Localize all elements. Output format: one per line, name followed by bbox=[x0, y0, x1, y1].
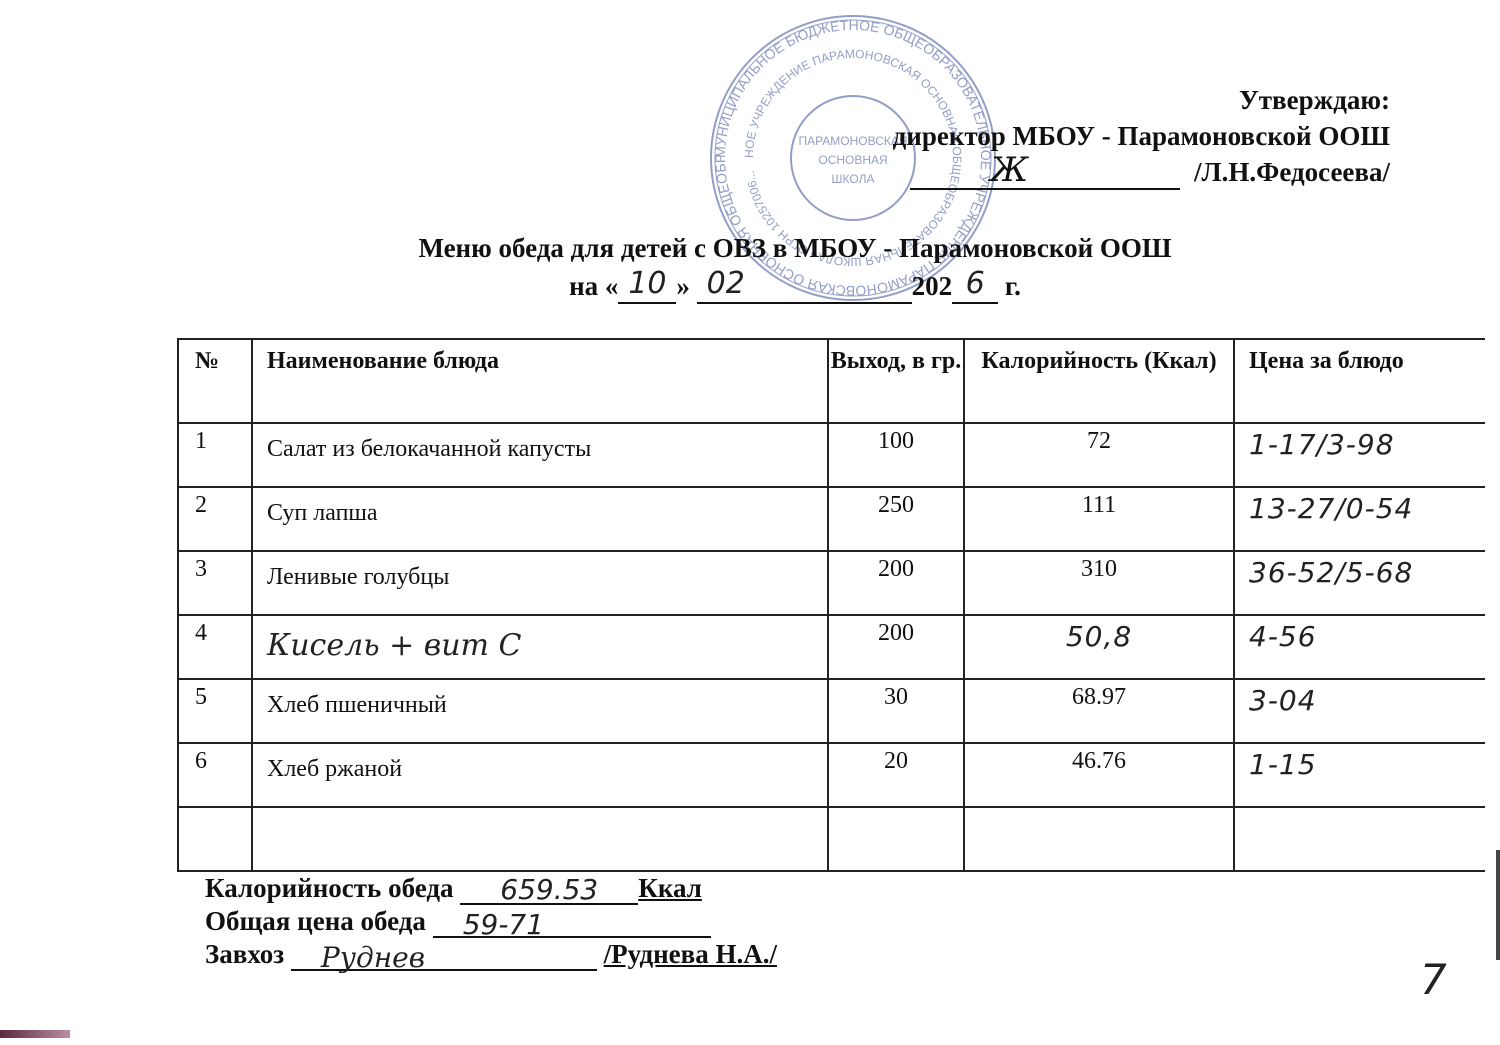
svg-text:ПАРАМОНОВСКАЯ: ПАРАМОНОВСКАЯ bbox=[798, 134, 907, 148]
cell-output: 30 bbox=[828, 679, 964, 743]
date-month-field: 02 bbox=[697, 266, 912, 304]
cell-price: 13-27/0-54 bbox=[1234, 487, 1485, 551]
header-output: Выход, в гр. bbox=[828, 339, 964, 423]
keeper-signature-field: Руднев bbox=[291, 941, 597, 971]
document-title: Меню обеда для детей с ОВЗ в МБОУ - Пара… bbox=[0, 230, 1500, 304]
table-row: 6Хлеб ржаной2046.761-15 bbox=[178, 743, 1485, 807]
cell-name: Хлеб пшеничный bbox=[252, 679, 828, 743]
cell-output: 200 bbox=[828, 551, 964, 615]
cell-num: 2 bbox=[178, 487, 252, 551]
cell-name: Суп лапша bbox=[252, 487, 828, 551]
table-row: 4Кисель + вит С20050,84-56 bbox=[178, 615, 1485, 679]
header-calories: Калорийность (Ккал) bbox=[964, 339, 1234, 423]
date-line: на «10» 022026 г. bbox=[0, 266, 1500, 304]
scan-edge-mark bbox=[0, 1030, 70, 1038]
cell-num: 1 bbox=[178, 423, 252, 487]
price-total-row: Общая цена обеда 59-71 bbox=[205, 905, 777, 938]
cell-output: 20 bbox=[828, 743, 964, 807]
cell-name: Кисель + вит С bbox=[252, 615, 828, 679]
header-price: Цена за блюдо bbox=[1234, 339, 1485, 423]
calories-unit: Ккал bbox=[638, 873, 702, 903]
cell-calories: 111 bbox=[964, 487, 1234, 551]
cell-calories bbox=[964, 807, 1234, 871]
table-header-row: № Наименование блюда Выход, в гр. Калори… bbox=[178, 339, 1485, 423]
cell-name: Хлеб ржаной bbox=[252, 743, 828, 807]
cell-output: 250 bbox=[828, 487, 964, 551]
cell-price: 4-56 bbox=[1234, 615, 1485, 679]
approval-signature-row: Ж /Л.Н.Федосеева/ bbox=[893, 154, 1390, 190]
director-signature: Ж bbox=[990, 152, 1028, 188]
price-total-field: 59-71 bbox=[433, 908, 711, 938]
header-num: № bbox=[178, 339, 252, 423]
cell-num: 3 bbox=[178, 551, 252, 615]
cell-output bbox=[828, 807, 964, 871]
table-row bbox=[178, 807, 1485, 871]
keeper-name: /Руднева Н.А./ bbox=[604, 939, 777, 969]
svg-text:ШКОЛА: ШКОЛА bbox=[832, 172, 875, 186]
cell-price: 1-17/3-98 bbox=[1234, 423, 1485, 487]
approval-block: Утверждаю: директор МБОУ - Парамоновской… bbox=[893, 82, 1390, 190]
title-line: Меню обеда для детей с ОВЗ в МБОУ - Пара… bbox=[0, 230, 1500, 266]
scan-edge-line bbox=[1496, 850, 1500, 960]
cell-calories: 68.97 bbox=[964, 679, 1234, 743]
cell-name: Ленивые голубцы bbox=[252, 551, 828, 615]
cell-price: 1-15 bbox=[1234, 743, 1485, 807]
cell-calories: 46.76 bbox=[964, 743, 1234, 807]
cell-name bbox=[252, 807, 828, 871]
cell-price: 36-52/5-68 bbox=[1234, 551, 1485, 615]
cell-name: Салат из белокачанной капусты bbox=[252, 423, 828, 487]
table-row: 3Ленивые голубцы20031036-52/5-68 bbox=[178, 551, 1485, 615]
cell-num: 4 bbox=[178, 615, 252, 679]
menu-table: № Наименование блюда Выход, в гр. Калори… bbox=[177, 338, 1485, 872]
cell-calories: 50,8 bbox=[964, 615, 1234, 679]
cell-calories: 310 bbox=[964, 551, 1234, 615]
table-row: 2Суп лапша25011113-27/0-54 bbox=[178, 487, 1485, 551]
header-name: Наименование блюда bbox=[252, 339, 828, 423]
approval-heading: Утверждаю: bbox=[893, 82, 1390, 118]
cell-num bbox=[178, 807, 252, 871]
cell-price bbox=[1234, 807, 1485, 871]
director-name: /Л.Н.Федосеева/ bbox=[1194, 157, 1390, 187]
svg-text:ОСНОВНАЯ: ОСНОВНАЯ bbox=[818, 153, 887, 167]
table-row: 5Хлеб пшеничный3068.973-04 bbox=[178, 679, 1485, 743]
cell-price: 3-04 bbox=[1234, 679, 1485, 743]
director-signature-line: Ж bbox=[910, 162, 1180, 190]
cell-output: 100 bbox=[828, 423, 964, 487]
summary-block: Калорийность обеда 659.53Ккал Общая цена… bbox=[205, 872, 777, 971]
calories-total-row: Калорийность обеда 659.53Ккал bbox=[205, 872, 777, 905]
cell-num: 6 bbox=[178, 743, 252, 807]
calories-total-field: 659.53 bbox=[460, 873, 638, 905]
cell-output: 200 bbox=[828, 615, 964, 679]
keeper-row: Завхоз Руднев /Руднева Н.А./ bbox=[205, 938, 777, 971]
date-day-field: 10 bbox=[618, 266, 676, 304]
cell-num: 5 bbox=[178, 679, 252, 743]
table-row: 1Салат из белокачанной капусты100721-17/… bbox=[178, 423, 1485, 487]
date-year-field: 6 bbox=[952, 266, 998, 304]
cell-calories: 72 bbox=[964, 423, 1234, 487]
approval-position: директор МБОУ - Парамоновской ООШ bbox=[893, 118, 1390, 154]
page-number: 7 bbox=[1420, 955, 1447, 1004]
